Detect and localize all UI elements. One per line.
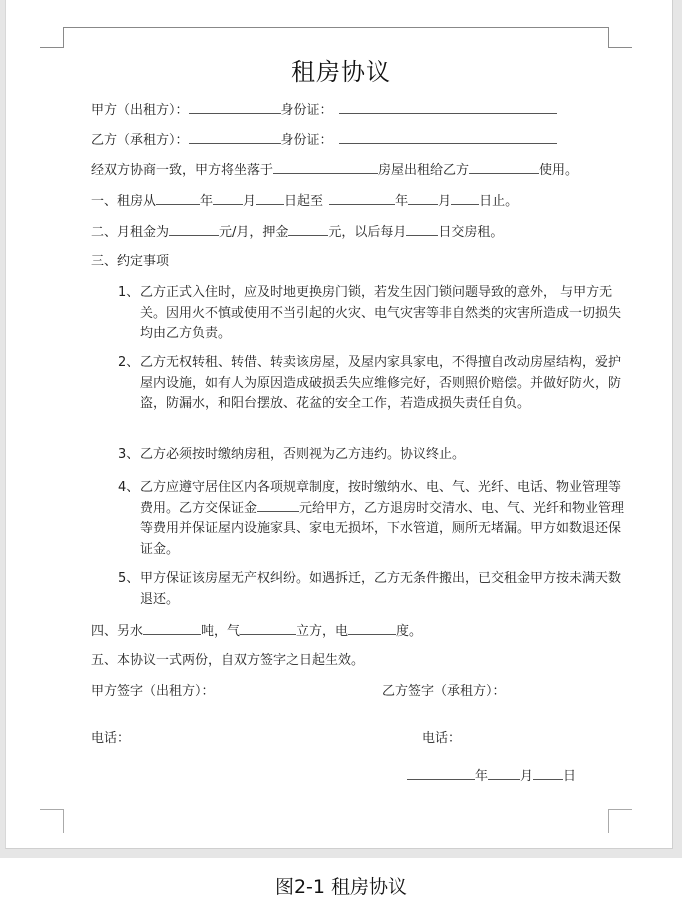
intro-text-3: 使用。 <box>539 163 578 178</box>
item-number: 4、 <box>118 478 139 499</box>
intro-text-1: 经双方协商一致，甲方将坐落于 <box>91 163 273 178</box>
agreement-item-2: 2、 乙方无权转租、转借、转卖该房屋，及屋内家具家电，不得擅自改动房屋结构，爱护… <box>118 353 628 415</box>
electricity-label: 立方，电 <box>296 624 348 639</box>
party-a-id-blank[interactable] <box>339 101 557 114</box>
party-a-label: 甲方（出租方）： <box>91 103 189 118</box>
party-b-name-blank[interactable] <box>189 131 281 144</box>
sign-day-label: 日 <box>563 769 576 784</box>
party-b-id-label: 身份证： <box>281 133 333 148</box>
agreement-item-5: 5、 甲方保证该房屋无产权纠纷。如遇拆迁，乙方无条件搬出，已交租金甲方按未满天数… <box>118 569 628 610</box>
item-number: 1、 <box>118 283 139 304</box>
start-day-label: 日起至 <box>284 194 323 209</box>
end-month-label: 月 <box>438 194 451 209</box>
clause-2-line: 二、月租金为元/月，押金元，以后每月日交房租。 <box>91 223 503 241</box>
water-blank[interactable] <box>143 622 201 635</box>
party-b-label: 乙方（承租方）： <box>91 133 189 148</box>
signing-date-line: 年月日 <box>407 767 576 785</box>
document-page <box>5 0 673 849</box>
party-b-line: 乙方（承租方）：身份证： <box>91 131 557 149</box>
clause-1-text: 一、租房从 <box>91 194 156 209</box>
deposit-blank[interactable] <box>288 223 328 236</box>
gas-label: 吨，气 <box>201 624 240 639</box>
gas-blank[interactable] <box>240 622 296 635</box>
party-a-line: 甲方（出租方）：身份证： <box>91 101 557 119</box>
clause-1-line: 一、租房从年月日起至年月日止。 <box>91 192 518 210</box>
intro-line: 经双方协商一致，甲方将坐落于房屋出租给乙方使用。 <box>91 161 578 179</box>
sign-year-label: 年 <box>475 769 488 784</box>
clause-5-line: 五、本协议一式两份，自双方签字之日起生效。 <box>91 653 364 669</box>
item-text: 乙方必须按时缴纳房租，否则视为乙方违约。协议终止。 <box>118 445 628 466</box>
payment-text-end: 日交房租。 <box>438 225 503 240</box>
sign-month-blank[interactable] <box>488 767 520 780</box>
crop-mark-top-left-v <box>63 27 64 47</box>
party-a-signature-label: 甲方签字（出租方）： <box>91 684 215 700</box>
end-day-label: 日止。 <box>479 194 518 209</box>
party-a-name-blank[interactable] <box>189 101 281 114</box>
item-text: 甲方保证该房屋无产权纠纷。如遇拆迁，乙方无条件搬出，已交租金甲方按未满天数退还。 <box>118 569 628 610</box>
crop-mark-bottom-left-h <box>40 809 64 810</box>
agreement-item-3: 3、 乙方必须按时缴纳房租，否则视为乙方违约。协议终止。 <box>118 445 628 466</box>
header-rule <box>63 27 608 28</box>
security-deposit-blank[interactable] <box>257 499 299 512</box>
electricity-unit: 度。 <box>396 624 422 639</box>
start-year-label: 年 <box>200 194 213 209</box>
party-a-id-label: 身份证： <box>281 103 333 118</box>
crop-mark-top-left-h <box>40 47 64 48</box>
crop-mark-bottom-right-v <box>608 809 609 833</box>
end-month-blank[interactable] <box>408 192 438 205</box>
payment-day-blank[interactable] <box>406 223 438 236</box>
property-address-blank[interactable] <box>273 161 378 174</box>
item-number: 5、 <box>118 569 139 590</box>
item-text: 乙方无权转租、转借、转卖该房屋，及屋内家具家电，不得擅自改动房屋结构，爱护屋内设… <box>118 353 628 415</box>
crop-mark-bottom-left-v <box>63 809 64 833</box>
party-b-id-blank[interactable] <box>339 131 557 144</box>
party-b-phone-label: 电话： <box>422 731 461 747</box>
usage-blank[interactable] <box>469 161 539 174</box>
start-year-blank[interactable] <box>156 192 200 205</box>
monthly-rent-blank[interactable] <box>169 223 219 236</box>
agreement-item-1: 1、 乙方正式入住时，应及时地更换房门锁，若发生因门锁问题导致的意外， 与甲方无… <box>118 283 628 345</box>
clause-4-text: 四、另水 <box>91 624 143 639</box>
document-title: 租房协议 <box>0 52 682 87</box>
item-number: 2、 <box>118 353 139 374</box>
document-viewport <box>0 0 682 858</box>
clause-2-text: 二、月租金为 <box>91 225 169 240</box>
sign-month-label: 月 <box>520 769 533 784</box>
deposit-label: 元/月，押金 <box>219 225 288 240</box>
agreement-item-4: 4、 乙方应遵守居住区内各项规章制度，按时缴纳水、电、气、光纤、电话、物业管理等… <box>118 478 628 560</box>
end-day-blank[interactable] <box>451 192 479 205</box>
item-text: 乙方应遵守居住区内各项规章制度，按时缴纳水、电、气、光纤、电话、物业管理等费用。… <box>118 478 628 560</box>
crop-mark-top-right-h <box>608 47 632 48</box>
payment-day-label: 元，以后每月 <box>328 225 406 240</box>
intro-text-2: 房屋出租给乙方 <box>378 163 469 178</box>
start-month-blank[interactable] <box>213 192 243 205</box>
item-number: 3、 <box>118 445 139 466</box>
start-month-label: 月 <box>243 194 256 209</box>
electricity-blank[interactable] <box>348 622 396 635</box>
clause-3-heading: 三、约定事项 <box>91 254 169 270</box>
party-b-signature-label: 乙方签字（承租方）： <box>382 684 506 700</box>
party-a-phone-label: 电话： <box>91 731 130 747</box>
crop-mark-bottom-right-h <box>608 809 632 810</box>
sign-year-blank[interactable] <box>407 767 475 780</box>
end-year-label: 年 <box>395 194 408 209</box>
figure-caption: 图2-1 租房协议 <box>0 872 682 899</box>
crop-mark-top-right-v <box>608 27 609 47</box>
sign-day-blank[interactable] <box>533 767 563 780</box>
clause-4-line: 四、另水吨，气立方，电度。 <box>91 622 422 640</box>
start-day-blank[interactable] <box>256 192 284 205</box>
end-year-blank[interactable] <box>329 192 395 205</box>
item-text: 乙方正式入住时，应及时地更换房门锁，若发生因门锁问题导致的意外， 与甲方无关。因… <box>118 283 628 345</box>
